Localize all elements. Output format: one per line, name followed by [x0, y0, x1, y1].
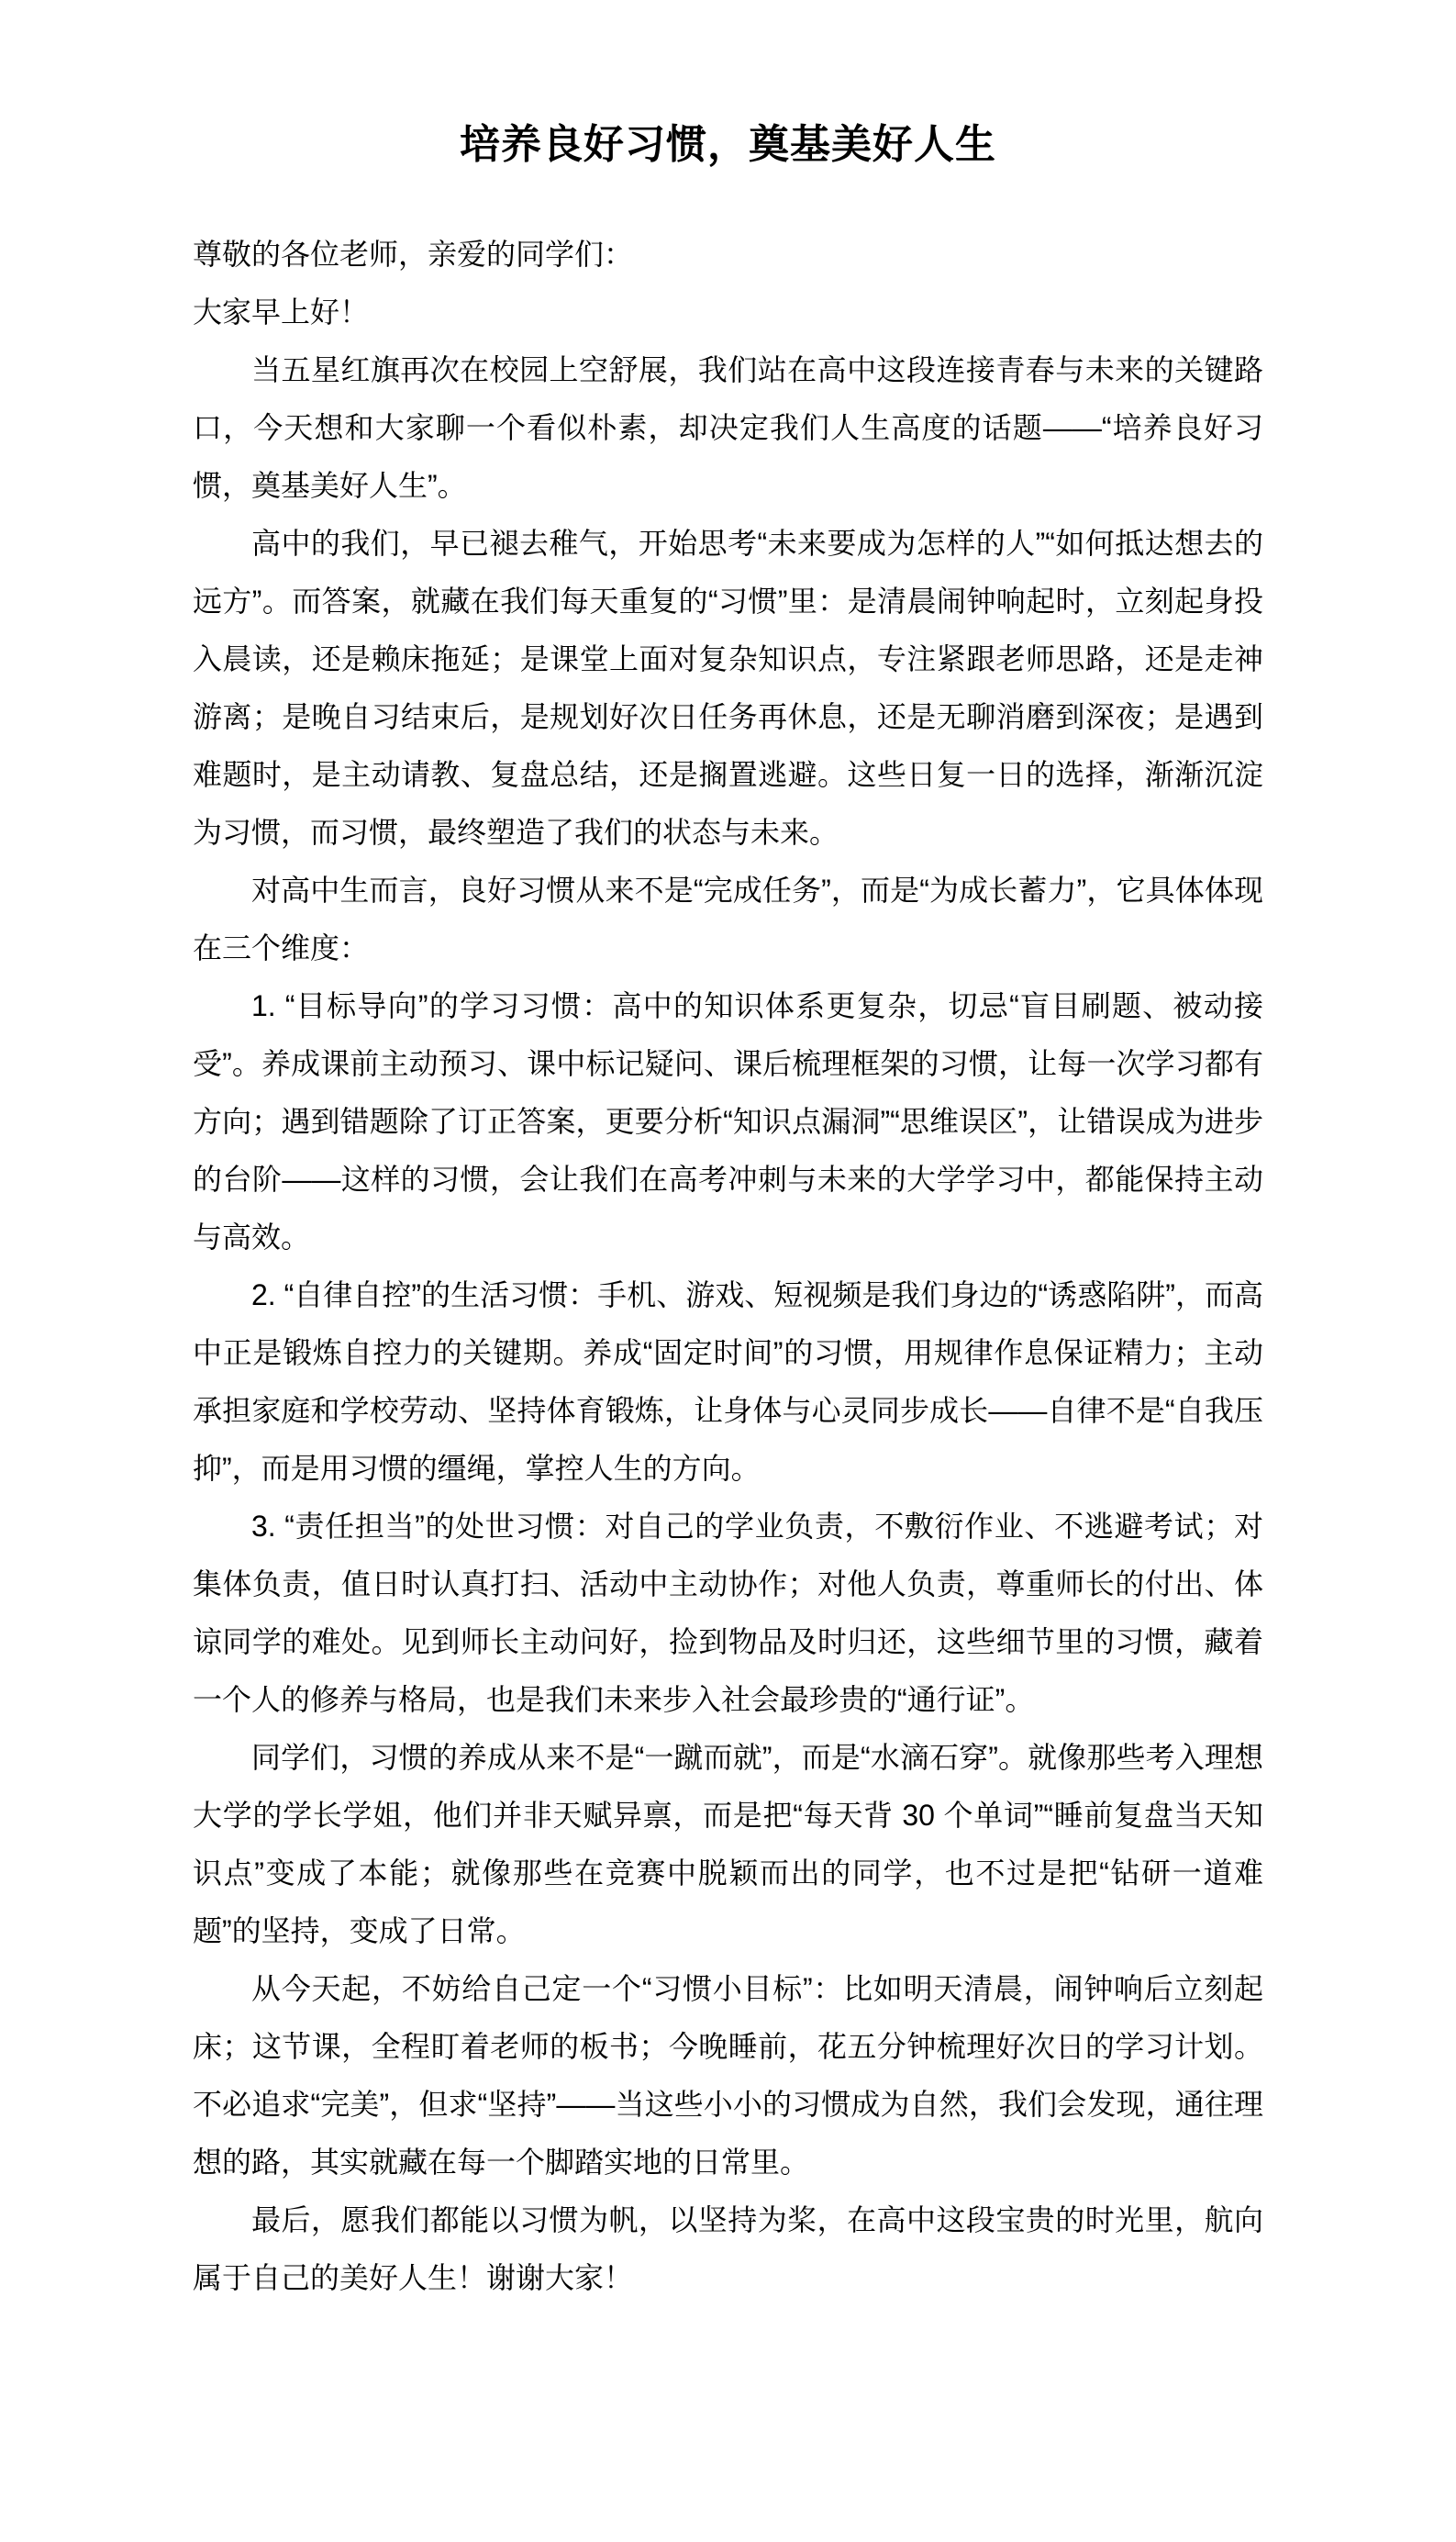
paragraph-three-dimensions-intro: 对高中生而言，良好习惯从来不是“完成任务”，而是“为成长蓄力”，它具体体现在三个… [193, 862, 1263, 977]
paragraph-perseverance: 同学们，习惯的养成从来不是“一蹴而就”，而是“水滴石穿”。就像那些考入理想大学的… [193, 1729, 1263, 1960]
paragraph-habit-choices: 高中的我们，早已褪去稚气，开始思考“未来要成为怎样的人”“如何抵达想去的远方”。… [193, 515, 1263, 862]
paragraph-salutation: 尊敬的各位老师，亲爱的同学们： [193, 226, 1263, 284]
paragraph-opening: 当五星红旗再次在校园上空舒展，我们站在高中这段连接青春与未来的关键路口，今天想和… [193, 341, 1263, 515]
paragraph-closing: 最后，愿我们都能以习惯为帆，以坚持为桨，在高中这段宝贵的时光里，航向属于自己的美… [193, 2191, 1263, 2307]
document-page: 培养良好习惯，奠基美好人生 尊敬的各位老师，亲爱的同学们： 大家早上好！ 当五星… [0, 0, 1456, 2542]
document-title: 培养良好习惯，奠基美好人生 [193, 119, 1263, 171]
paragraph-small-goals: 从今天起，不妨给自己定一个“习惯小目标”：比如明天清晨，闹钟响后立刻起床；这节课… [193, 1960, 1263, 2191]
paragraph-dimension-3-responsibility: 3. “责任担当”的处世习惯：对自己的学业负责，不敷衍作业、不逃避考试；对集体负… [193, 1498, 1263, 1729]
paragraph-dimension-2-selfcontrol: 2. “自律自控”的生活习惯：手机、游戏、短视频是我们身边的“诱惑陷阱”，而高中… [193, 1266, 1263, 1498]
paragraph-dimension-1-study: 1. “目标导向”的学习习惯：高中的知识体系更复杂，切忌“盲目刷题、被动接受”。… [193, 977, 1263, 1266]
paragraph-greeting: 大家早上好！ [193, 284, 1263, 341]
